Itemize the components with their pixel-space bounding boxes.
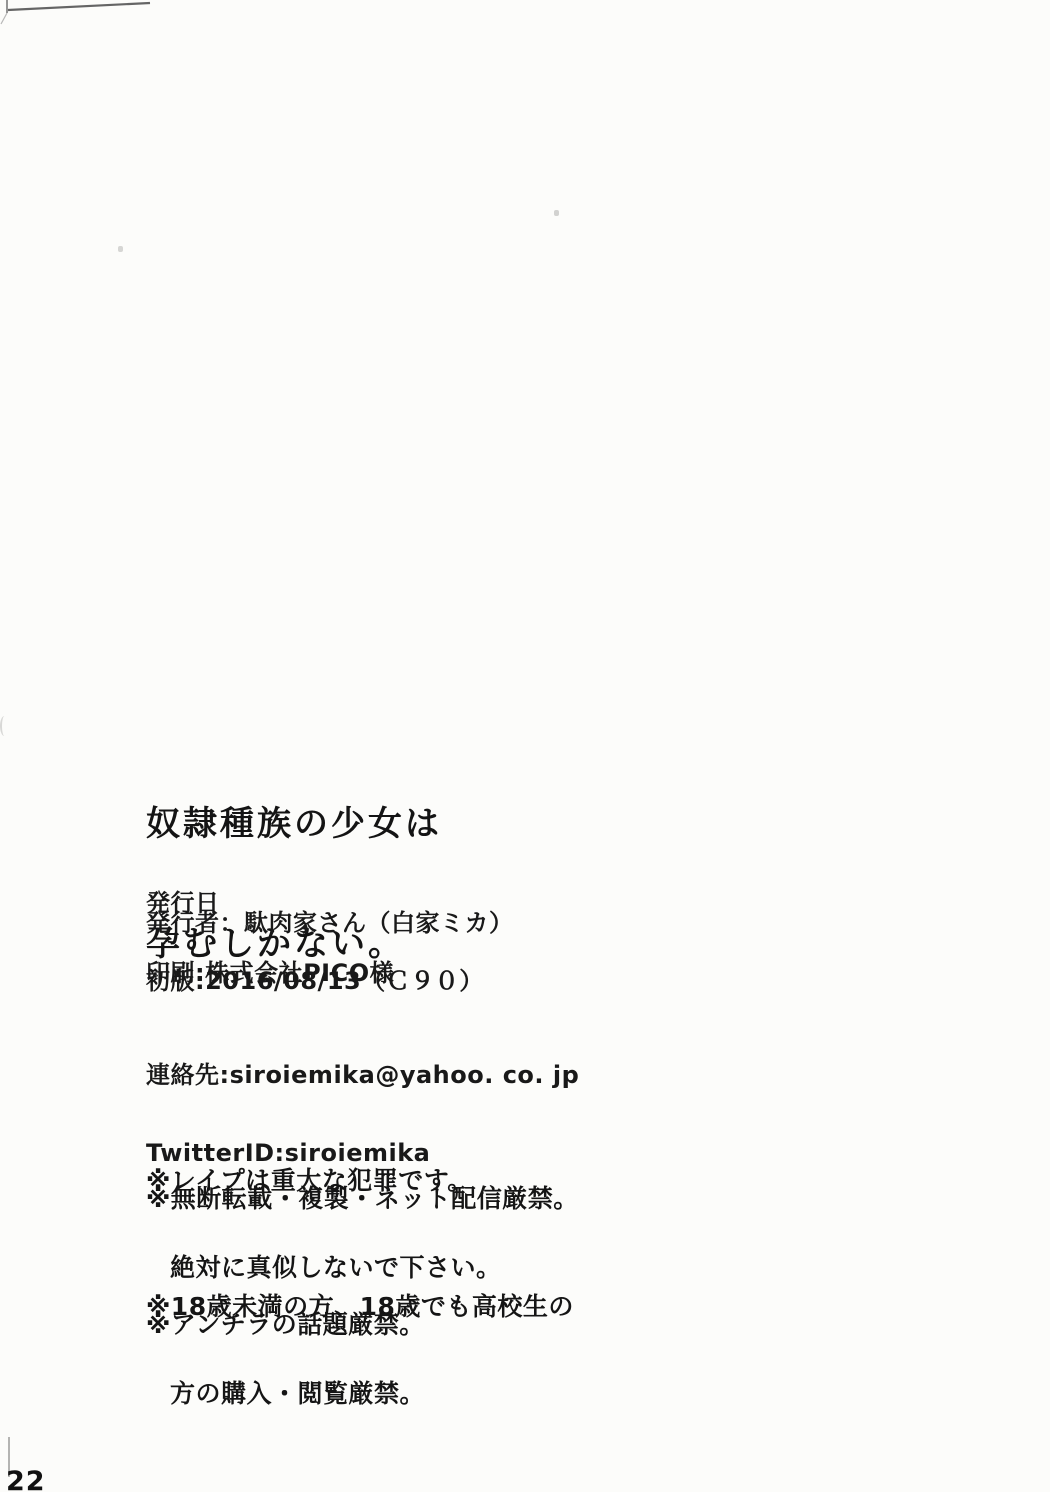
scanned-colophon-page: 奴隷種族の少女は 孕むしかない。 発行日 初版:2016/08/13（Ｃ９０） … [0,0,1050,1492]
scan-crease-line [0,0,170,60]
warning-no-reproduction: ※無断転載・複製・ネット配信厳禁。 [146,1184,579,1213]
warning-line: 方の購入・閲覧厳禁。 [146,1379,574,1408]
warning-no-topic: ※アンチラの話題厳禁。 [146,1310,425,1339]
page-number: 22 [6,1466,46,1492]
scan-speck [554,210,559,216]
scan-speck [118,246,123,252]
publisher-line: 発行者：駄肉家さん（白家ミカ） [146,910,514,936]
warning-age-restriction: ※18歳未満の方、18歳でも高校生の 方の購入・閲覧厳禁。 [146,1234,574,1466]
contact-email: 連絡先:siroiemika@yahoo. co. jp [146,1062,579,1088]
scan-edge-mark [0,716,9,736]
printer-line: 印刷:株式会社PICO様 [146,960,394,986]
